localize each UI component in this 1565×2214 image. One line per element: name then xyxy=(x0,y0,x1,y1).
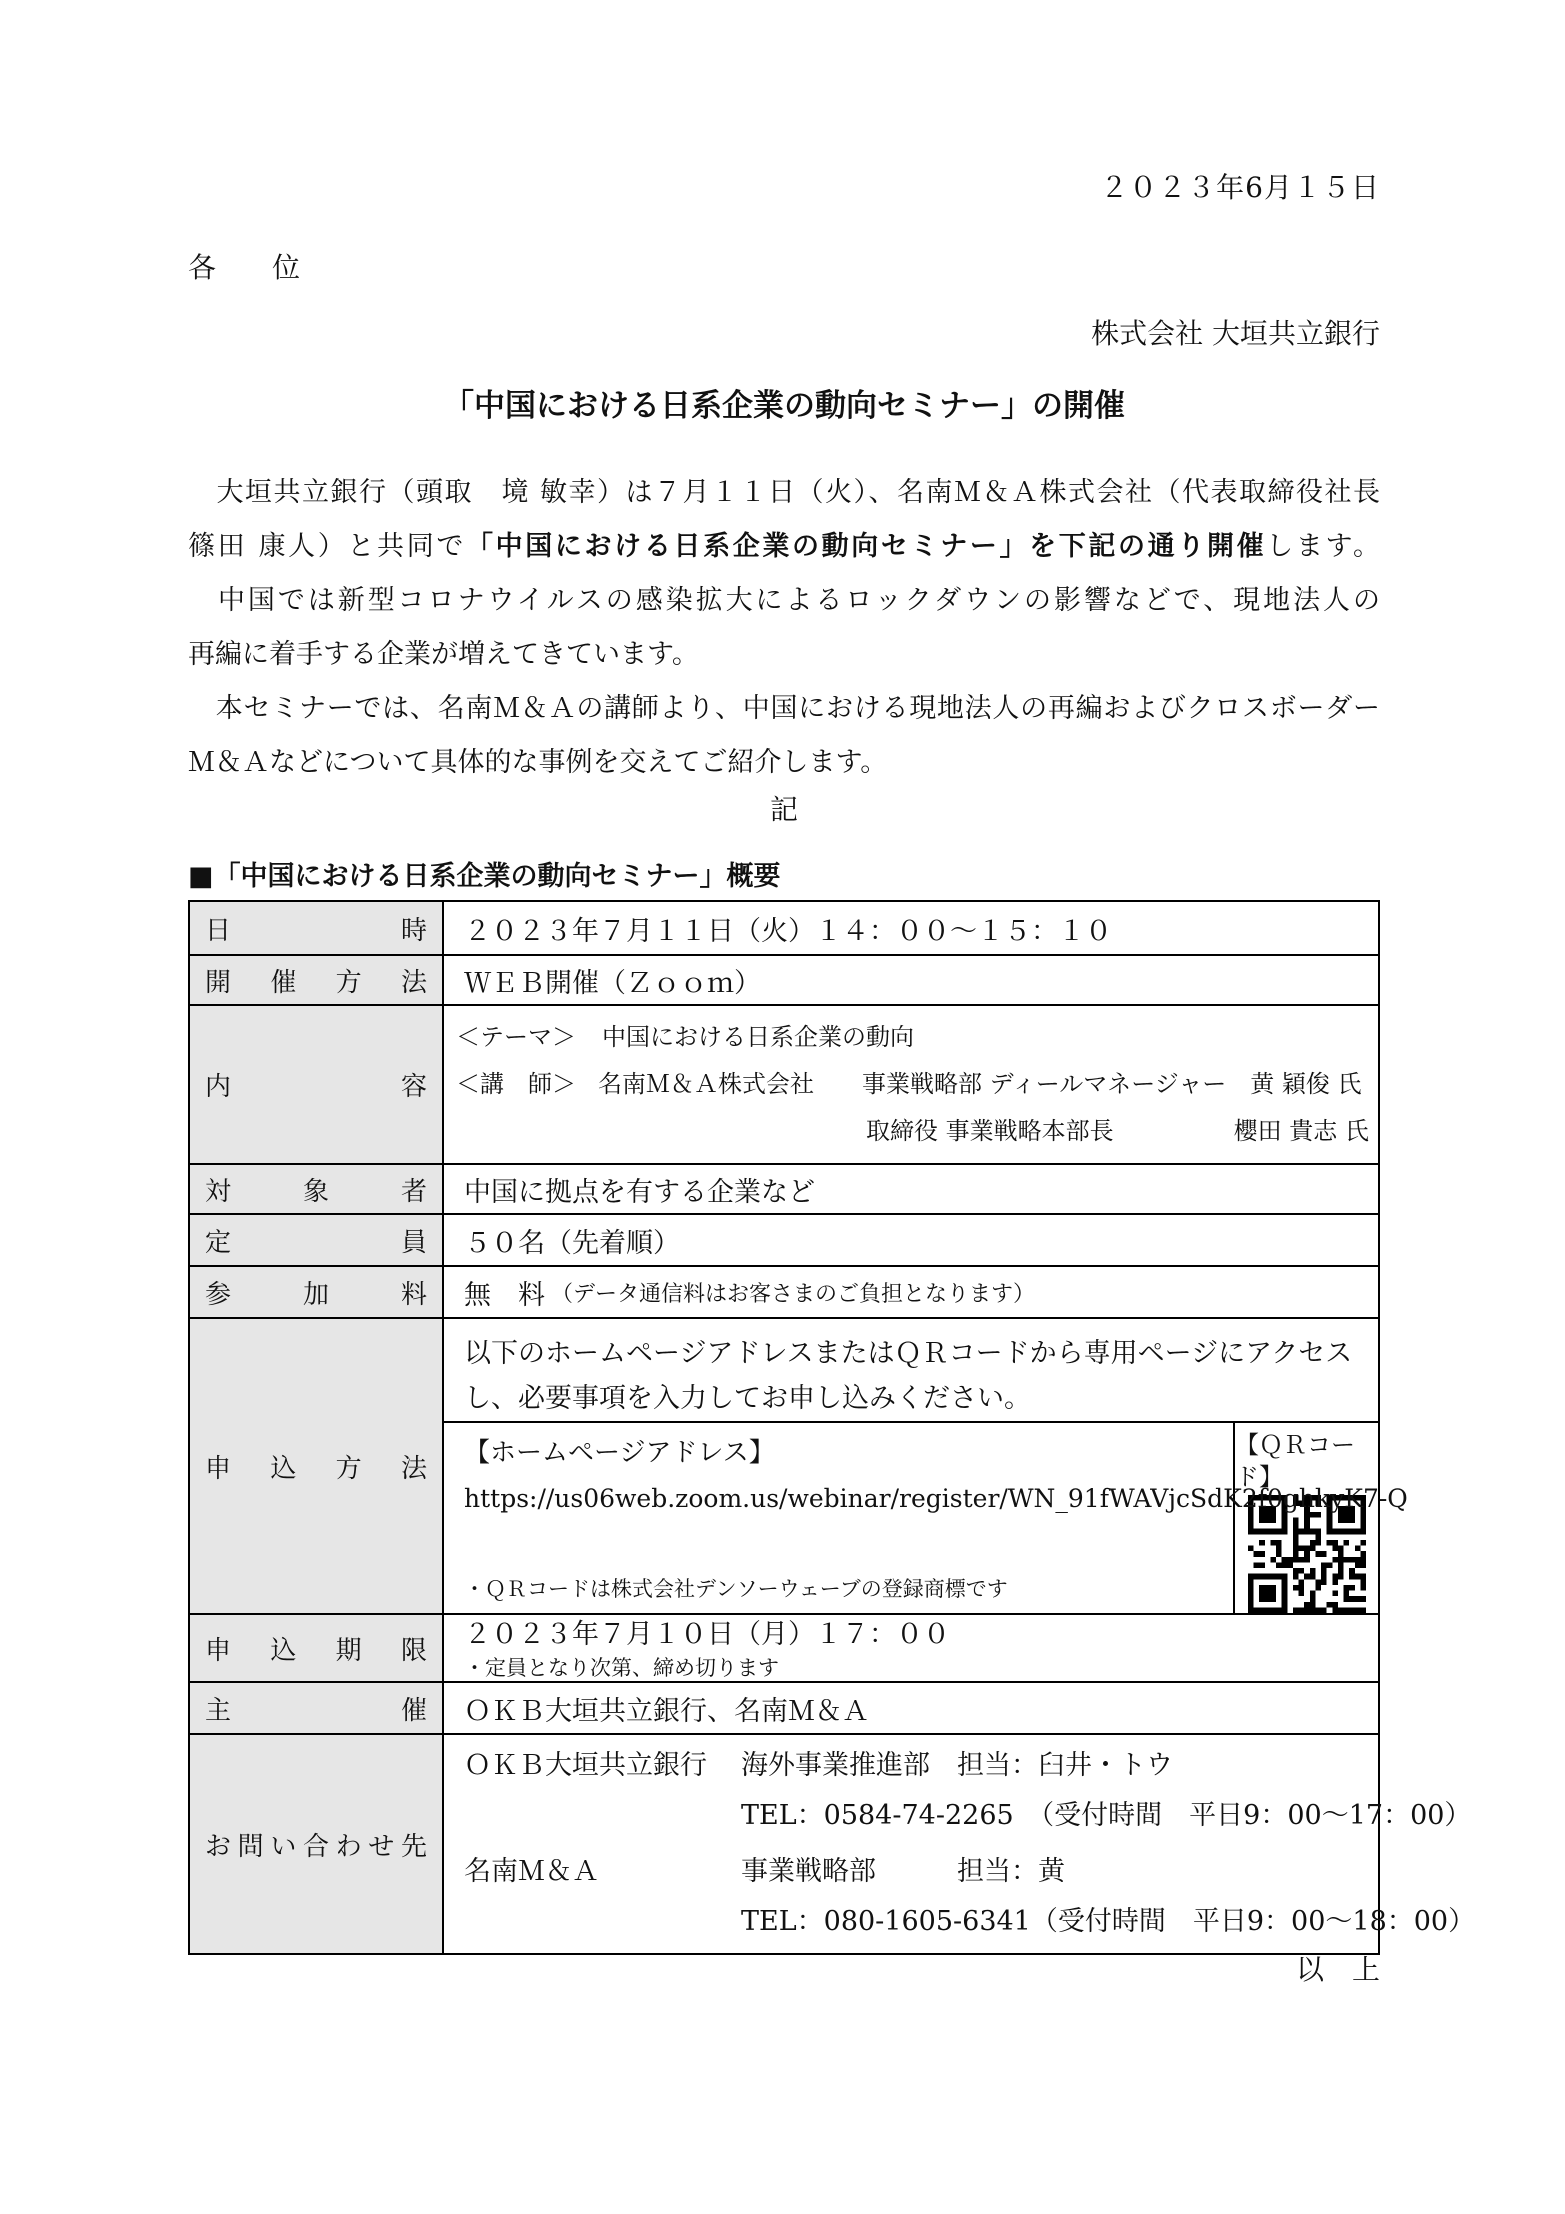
table-row-method: 開催方法 ＷＥＢ開催（Ｚｏｏｍ） xyxy=(190,954,1378,1004)
contact-label: お問い合わせ先 xyxy=(205,1826,427,1863)
contact2-info: 事業戦略部 担当：黄 xyxy=(741,1847,1065,1897)
deadline-value-cell: ２０２３年７月１０日（月）１７：００ ・定員となり次第、締め切ります xyxy=(444,1615,1378,1681)
fee-value: 無 料（データ通信料はお客さまのご負担となります） xyxy=(444,1267,1378,1317)
deadline-value: ２０２３年７月１０日（月）１７：００ xyxy=(464,1615,950,1655)
homepage-label: 【ホームページアドレス】 xyxy=(464,1433,1233,1473)
table-row-capacity: 定員 ５０名（先着順） xyxy=(190,1213,1378,1265)
document-date: ２０２３年6月１５日 xyxy=(1100,166,1380,206)
fee-label: 参加料 xyxy=(205,1274,427,1311)
deadline-note: ・定員となり次第、締め切ります xyxy=(464,1655,779,1681)
contact1-info: 海外事業推進部 担当：臼井・トウ xyxy=(741,1741,1173,1791)
contents-value: ＜テーマ＞中国における日系企業の動向 ＜講 師＞名南Ｍ＆Ａ株式会社 事業戦略部 … xyxy=(444,1006,1378,1163)
audience-label-cell: 対象者 xyxy=(190,1165,444,1213)
contact-line1-tel: TEL：0584-74-2265 （受付時間 平日9：00～17：00） xyxy=(464,1791,1370,1841)
application-intro: 以下のホームページアドレスまたはＱＲコードから専用ページにアクセスし、必要事項を… xyxy=(444,1319,1378,1423)
document-title: 「中国における日系企業の動向セミナー」の開催 xyxy=(188,380,1380,425)
body-paragraphs: 大垣共立銀行（頭取 境 敏幸）は７月１１日（火）、名南Ｍ＆Ａ株式会社（代表取締役… xyxy=(188,466,1380,790)
contact2-tel: TEL：080-1605-6341（受付時間 平日9：00～18：00） xyxy=(741,1897,1475,1947)
organizer-value: ＯＫＢ大垣共立銀行、名南Ｍ＆Ａ xyxy=(444,1683,1378,1733)
paragraph1-line2-pre: 篠田 康人）と共同で xyxy=(188,531,466,562)
lecturer-line1: ＜講 師＞名南Ｍ＆Ａ株式会社 事業戦略部 ディールマネージャー 黄 穎俊 氏 xyxy=(456,1061,1370,1108)
table-row-audience: 対象者 中国に拠点を有する企業など xyxy=(190,1163,1378,1213)
method-label-cell: 開催方法 xyxy=(190,956,444,1004)
seminar-spec-table: 日時 ２０２３年７月１１日（火）１４：００～１５：１０ 開催方法 ＷＥＢ開催（Ｚ… xyxy=(188,900,1380,1955)
salutation: 各 位 xyxy=(188,246,300,286)
paragraph1-line2-post: します。 xyxy=(1266,531,1380,562)
datetime-value: ２０２３年７月１１日（火）１４：００～１５：１０ xyxy=(444,902,1378,954)
lecturer2-text: 取締役 事業戦略本部長 櫻田 貴志 氏 xyxy=(866,1117,1369,1145)
contact-line1: ＯＫＢ大垣共立銀行海外事業推進部 担当：臼井・トウ xyxy=(464,1741,1370,1791)
method-value: ＷＥＢ開催（Ｚｏｏｍ） xyxy=(444,956,1378,1004)
table-row-contents: 内容 ＜テーマ＞中国における日系企業の動向 ＜講 師＞名南Ｍ＆Ａ株式会社 事業戦… xyxy=(190,1004,1378,1163)
fee-note: （データ通信料はお客さまのご負担となります） xyxy=(551,1277,1035,1308)
sender-company: 株式会社 大垣共立銀行 xyxy=(1091,312,1380,352)
capacity-label: 定員 xyxy=(205,1222,427,1259)
table-row-organizer: 主催 ＯＫＢ大垣共立銀行、名南Ｍ＆Ａ xyxy=(190,1681,1378,1733)
application-value: 以下のホームページアドレスまたはＱＲコードから専用ページにアクセスし、必要事項を… xyxy=(444,1319,1378,1613)
table-row-application: 申込方法 以下のホームページアドレスまたはＱＲコードから専用ページにアクセスし、… xyxy=(190,1317,1378,1613)
method-label: 開催方法 xyxy=(205,962,427,999)
application-lower: 【ホームページアドレス】 https://us06web.zoom.us/web… xyxy=(444,1423,1378,1613)
paragraph2-line2: 再編に着手する企業が増えてきています。 xyxy=(188,628,1380,682)
contact-line2: 名南Ｍ＆Ａ事業戦略部 担当：黄 xyxy=(464,1847,1370,1897)
theme-line: ＜テーマ＞中国における日系企業の動向 xyxy=(456,1014,1370,1061)
organizer-label: 主催 xyxy=(205,1690,427,1727)
paragraph3-line2: Ｍ＆Ａなどについて具体的な事例を交えてご紹介します。 xyxy=(188,736,1380,790)
paragraph1-line1: 大垣共立銀行（頭取 境 敏幸）は７月１１日（火）、名南Ｍ＆Ａ株式会社（代表取締役… xyxy=(188,466,1380,520)
organizer-label-cell: 主催 xyxy=(190,1683,444,1733)
section-heading: ■「中国における日系企業の動向セミナー」概要 xyxy=(188,854,781,893)
lecturer-label: ＜講 師＞ xyxy=(456,1070,576,1098)
fee-label-cell: 参加料 xyxy=(190,1267,444,1317)
qr-trademark-note: ・ＱＲコードは株式会社デンソーウェーブの登録商標です xyxy=(464,1573,1008,1603)
paragraph3-line1: 本セミナーでは、名南Ｍ＆Ａの講師より、中国における現地法人の再編およびクロスボー… xyxy=(188,682,1380,736)
contact2-tel-indent xyxy=(464,1897,741,1947)
contact-label-cell: お問い合わせ先 xyxy=(190,1735,444,1953)
table-row-fee: 参加料 無 料（データ通信料はお客さまのご負担となります） xyxy=(190,1265,1378,1317)
datetime-label: 日時 xyxy=(205,910,427,947)
capacity-label-cell: 定員 xyxy=(190,1215,444,1265)
document-page: ２０２３年6月１５日 各 位 株式会社 大垣共立銀行 「中国における日系企業の動… xyxy=(0,0,1565,2214)
paragraph1-line2: 篠田 康人）と共同で「中国における日系企業の動向セミナー」を下記の通り開催します… xyxy=(188,520,1380,574)
seminar-name-emphasis: 「中国における日系企業の動向セミナー」を下記の通り開催 xyxy=(466,531,1266,562)
deadline-label: 申込期限 xyxy=(205,1630,427,1667)
application-label: 申込方法 xyxy=(205,1448,427,1485)
deadline-label-cell: 申込期限 xyxy=(190,1615,444,1681)
datetime-label-cell: 日時 xyxy=(190,902,444,954)
lecturer1-text: 名南Ｍ＆Ａ株式会社 事業戦略部 ディールマネージャー 黄 穎俊 氏 xyxy=(598,1070,1362,1098)
contents-label: 内容 xyxy=(205,1066,427,1103)
closing-mark: 以 上 xyxy=(1296,1948,1380,1988)
qr-cell: 【ＱＲコード】 xyxy=(1233,1423,1378,1613)
capacity-value: ５０名（先着順） xyxy=(444,1215,1378,1265)
contact-value: ＯＫＢ大垣共立銀行海外事業推進部 担当：臼井・トウ TEL：0584-74-22… xyxy=(444,1735,1378,1953)
contact1-org: ＯＫＢ大垣共立銀行 xyxy=(464,1741,741,1791)
audience-label: 対象者 xyxy=(205,1171,427,1208)
audience-value: 中国に拠点を有する企業など xyxy=(444,1165,1378,1213)
registration-url: https://us06web.zoom.us/webinar/register… xyxy=(464,1479,1233,1519)
table-row-contact: お問い合わせ先 ＯＫＢ大垣共立銀行海外事業推進部 担当：臼井・トウ TEL：05… xyxy=(190,1733,1378,1953)
table-row-datetime: 日時 ２０２３年７月１１日（火）１４：００～１５：１０ xyxy=(190,902,1378,954)
contents-label-cell: 内容 xyxy=(190,1006,444,1163)
record-mark: 記 xyxy=(188,788,1380,828)
lecturer-line2: 取締役 事業戦略本部長 櫻田 貴志 氏 xyxy=(456,1108,1370,1155)
paragraph2-line1: 中国では新型コロナウイルスの感染拡大によるロックダウンの影響などで、現地法人の xyxy=(188,574,1380,628)
contact1-tel: TEL：0584-74-2265 （受付時間 平日9：00～17：00） xyxy=(741,1791,1471,1841)
application-label-cell: 申込方法 xyxy=(190,1319,444,1613)
contact-line2-tel: TEL：080-1605-6341（受付時間 平日9：00～18：00） xyxy=(464,1897,1370,1947)
homepage-cell: 【ホームページアドレス】 https://us06web.zoom.us/web… xyxy=(444,1423,1233,1613)
contact1-tel-indent xyxy=(464,1791,741,1841)
theme-label: ＜テーマ＞ xyxy=(456,1023,576,1051)
contact2-org: 名南Ｍ＆Ａ xyxy=(464,1847,741,1897)
table-row-deadline: 申込期限 ２０２３年７月１０日（月）１７：００ ・定員となり次第、締め切ります xyxy=(190,1613,1378,1681)
theme-text: 中国における日系企業の動向 xyxy=(602,1023,914,1051)
fee-main: 無 料 xyxy=(464,1273,545,1312)
